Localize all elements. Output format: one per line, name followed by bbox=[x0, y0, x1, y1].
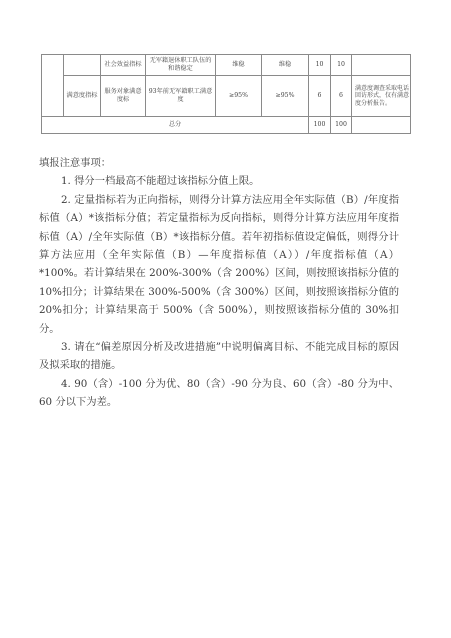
table-row: 社会效益指标 无军籍退休职工队伍的和谐稳定 维稳 维稳 10 10 bbox=[42, 55, 411, 76]
table-row: 满意度指标 服务对象满意度标 93年前无军籍职工满意度 ≥95% ≥95% 6 … bbox=[42, 76, 411, 117]
table-cell-indicator-l1: 满意度指标 bbox=[64, 76, 101, 117]
table-cell-note bbox=[352, 55, 411, 76]
total-weight: 100 bbox=[309, 117, 331, 134]
table-cell-category bbox=[42, 55, 64, 117]
table-cell-score: 6 bbox=[331, 76, 352, 117]
table-cell-annual-target: ≥95% bbox=[216, 76, 262, 117]
table-cell-indicator-l2: 服务对象满意度标 bbox=[101, 76, 146, 117]
total-label: 总分 bbox=[42, 117, 309, 134]
notes-title: 填报注意事项： bbox=[39, 154, 399, 172]
table-cell-weight: 10 bbox=[309, 55, 331, 76]
note-item-2: 2. 定量指标若为正向指标，则得分计算方法应用全年实际值（B）/年度指标值（A）… bbox=[39, 191, 399, 338]
table-total-row: 总分 100 100 bbox=[42, 117, 411, 134]
table-cell-indicator-l2: 社会效益指标 bbox=[101, 55, 146, 76]
document-page: 社会效益指标 无军籍退休职工队伍的和谐稳定 维稳 维稳 10 10 满意度指标 … bbox=[0, 0, 451, 638]
note-item-4: 4. 90（含）-100 分为优、80（含）-90 分为良、60（含）-80 分… bbox=[39, 375, 399, 412]
table-cell-note: 满意度调查采取电话回访形式，仅有满意度分析报告。 bbox=[352, 76, 411, 117]
table-cell-actual-value: 维稳 bbox=[262, 55, 309, 76]
table-cell-score: 10 bbox=[331, 55, 352, 76]
table-cell-indicator-l1 bbox=[64, 55, 101, 76]
table-cell-weight: 6 bbox=[309, 76, 331, 117]
note-item-1: 1. 得分一档最高不能超过该指标分值上限。 bbox=[39, 172, 399, 190]
table-cell-indicator-l3: 93年前无军籍职工满意度 bbox=[146, 76, 216, 117]
filing-notes: 填报注意事项： 1. 得分一档最高不能超过该指标分值上限。 2. 定量指标若为正… bbox=[69, 154, 399, 412]
total-note bbox=[352, 117, 411, 134]
table-cell-indicator-l3: 无军籍退休职工队伍的和谐稳定 bbox=[146, 55, 216, 76]
table-cell-actual-value: ≥95% bbox=[262, 76, 309, 117]
note-item-3: 3. 请在“偏差原因分析及改进措施”中说明偏离目标、不能完成目标的原因及拟采取的… bbox=[39, 338, 399, 375]
table-cell-annual-target: 维稳 bbox=[216, 55, 262, 76]
performance-table: 社会效益指标 无军籍退休职工队伍的和谐稳定 维稳 维稳 10 10 满意度指标 … bbox=[41, 54, 411, 134]
total-score: 100 bbox=[331, 117, 352, 134]
